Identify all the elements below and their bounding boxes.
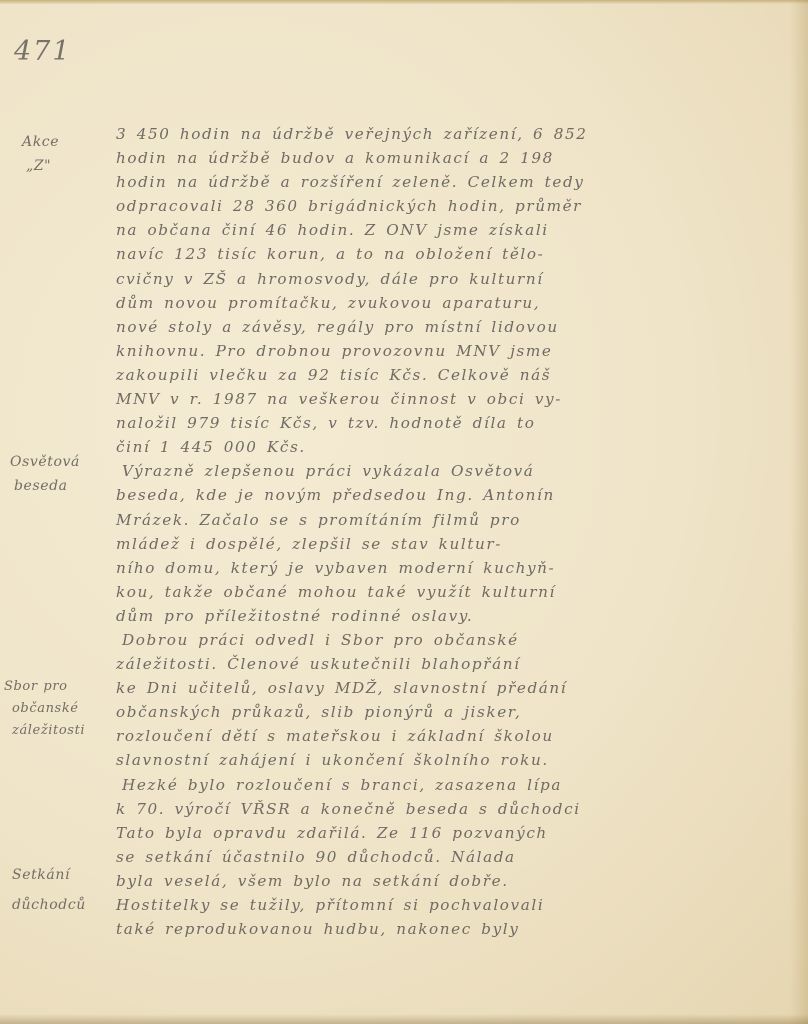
margin-note-akce-z: Akce „Z" bbox=[22, 130, 59, 178]
text-line: navíc 123 tisíc korun, a to na obložení … bbox=[116, 242, 716, 266]
margin-note-line: beseda bbox=[10, 474, 80, 498]
text-line: Hezké bylo rozloučení s branci, zasazena… bbox=[116, 773, 716, 797]
page-top-edge bbox=[0, 0, 808, 4]
margin-note-osvetova-beseda: Osvětová beseda bbox=[10, 450, 80, 498]
margin-note-line: občanské bbox=[4, 698, 85, 720]
text-line: dům pro příležitostné rodinné oslavy. bbox=[116, 604, 716, 628]
text-line: dům novou promítačku, zvukovou aparaturu… bbox=[116, 291, 716, 315]
text-line: 3 450 hodin na údržbě veřejných zařízení… bbox=[116, 122, 716, 146]
text-line: občanských průkazů, slib pionýrů a jiske… bbox=[116, 700, 716, 724]
handwritten-body: 3 450 hodin na údržbě veřejných zařízení… bbox=[116, 122, 716, 941]
text-line: Mrázek. Začalo se s promítáním filmů pro bbox=[116, 508, 716, 532]
text-line: nové stoly a závěsy, regály pro místní l… bbox=[116, 315, 716, 339]
document-page: 471 Akce „Z" Osvětová beseda Sbor pro ob… bbox=[0, 0, 808, 1024]
text-line: zakoupili vlečku za 92 tisíc Kčs. Celkov… bbox=[116, 363, 716, 387]
text-line: rozloučení dětí s mateřskou i základní š… bbox=[116, 724, 716, 748]
page-bottom-edge bbox=[0, 1014, 808, 1024]
text-line: také reprodukovanou hudbu, nakonec byly bbox=[116, 917, 716, 941]
text-line: záležitosti. Členové uskutečnili blahopř… bbox=[116, 652, 716, 676]
text-line: kou, takže občané mohou také využít kult… bbox=[116, 580, 716, 604]
margin-note-line: Setkání bbox=[12, 860, 86, 890]
margin-note-sbor: Sbor pro občanské záležitosti bbox=[4, 676, 85, 742]
text-line: hodin na údržbě budov a komunikací a 2 1… bbox=[116, 146, 716, 170]
text-line: beseda, kde je novým předsedou Ing. Anto… bbox=[116, 483, 716, 507]
paragraph-start-line: Dobrou práci odvedl i Sbor pro občanské bbox=[116, 628, 716, 652]
text-line: ke Dni učitelů, oslavy MDŽ, slavnostní p… bbox=[116, 676, 716, 700]
page-right-shadow bbox=[790, 0, 808, 1024]
page-number: 471 bbox=[14, 36, 72, 67]
margin-note-line: „Z" bbox=[22, 154, 59, 178]
text-line: ního domu, který je vybaven moderní kuch… bbox=[116, 556, 716, 580]
text-line: odpracovali 28 360 brigádnických hodin, … bbox=[116, 194, 716, 218]
text-line: slavnostní zahájení i ukončení školního … bbox=[116, 748, 716, 772]
text-line: činí 1 445 000 Kčs. bbox=[116, 435, 716, 459]
margin-note-line: Akce bbox=[22, 130, 59, 154]
text-line: hodin na údržbě a rozšíření zeleně. Celk… bbox=[116, 170, 716, 194]
text-line: cvičny v ZŠ a hromosvody, dále pro kultu… bbox=[116, 267, 716, 291]
margin-note-line: důchodců bbox=[12, 890, 86, 920]
text-line: MNV v r. 1987 na veškerou činnost v obci… bbox=[116, 387, 716, 411]
text-line: se setkání účastnilo 90 důchodců. Nálada bbox=[116, 845, 716, 869]
text-line: naložil 979 tisíc Kčs, v tzv. hodnotě dí… bbox=[116, 411, 716, 435]
paragraph-start-line: Výrazně zlepšenou práci vykázala Osvětov… bbox=[116, 459, 716, 483]
text-line: mládež i dospělé, zlepšil se stav kultur… bbox=[116, 532, 716, 556]
margin-note-setkani: Setkání důchodců bbox=[12, 860, 86, 920]
text-line: Hostitelky se tužily, přítomní si pochva… bbox=[116, 893, 716, 917]
text-line: na občana činí 46 hodin. Z ONV jsme získ… bbox=[116, 218, 716, 242]
text-line: knihovnu. Pro drobnou provozovnu MNV jsm… bbox=[116, 339, 716, 363]
margin-note-line: Sbor pro bbox=[4, 676, 85, 698]
text-line: byla veselá, všem bylo na setkání dobře. bbox=[116, 869, 716, 893]
text-line: k 70. výročí VŘSR a konečně beseda s důc… bbox=[116, 797, 716, 821]
margin-note-line: Osvětová bbox=[10, 450, 80, 474]
text-line: Tato byla opravdu zdařilá. Ze 116 pozvan… bbox=[116, 821, 716, 845]
margin-note-line: záležitosti bbox=[4, 720, 85, 742]
